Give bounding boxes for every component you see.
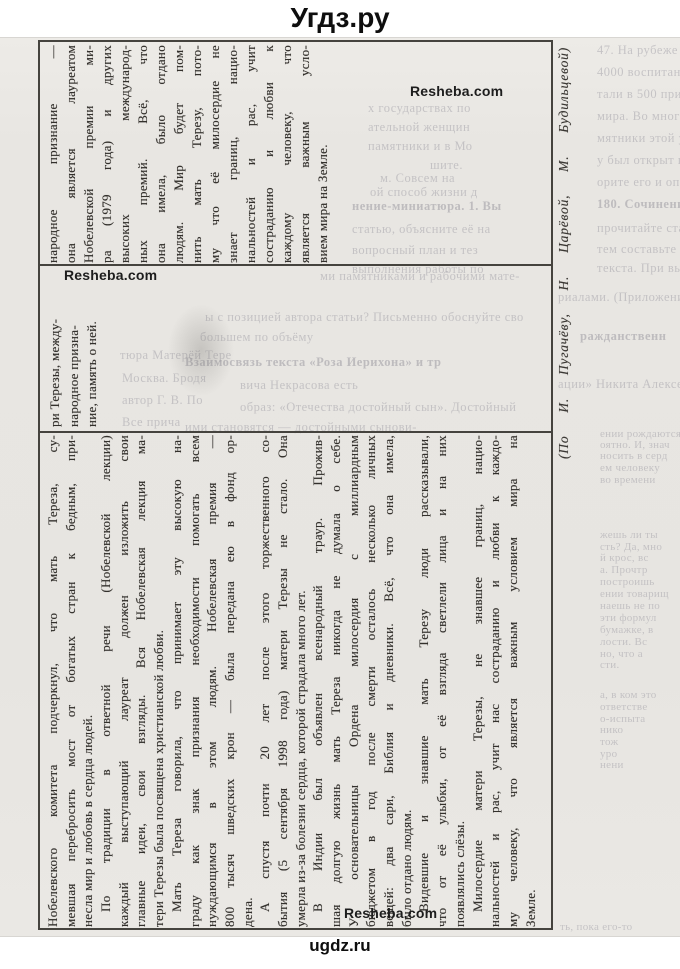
bleed-text-fragment: ответстве bbox=[600, 701, 648, 713]
bleed-text-fragment: ми памятниками и рабочими мате- bbox=[320, 269, 520, 284]
solution-line: умерла из-за болезни сердца, которой стр… bbox=[292, 435, 310, 927]
solution-line: вием мира на Земле. bbox=[314, 45, 332, 263]
solution-line: высоких международ- bbox=[116, 45, 134, 263]
bleed-text-fragment: бумажке, в bbox=[600, 624, 654, 636]
solution-line: В Индии был объявлен всенародный траур. … bbox=[309, 435, 327, 927]
solution-line: несла мир и любовь в сердца людей. bbox=[79, 435, 97, 927]
bleed-text-fragment: ть, пока его-то bbox=[560, 921, 632, 933]
bleed-text-fragment: 47. На рубеже XX—XXI в bbox=[597, 43, 680, 58]
solution-line: каждому человеку, что bbox=[278, 45, 296, 263]
solution-line: У основательницы Ордена милосердия с мил… bbox=[345, 435, 363, 927]
solution-line: дена. bbox=[239, 435, 257, 927]
bleed-text-fragment: наешь не по bbox=[600, 600, 660, 612]
bleed-text-fragment: мятники этой удивительн bbox=[597, 131, 680, 146]
bleed-text-fragment: мира. Во многих государ bbox=[597, 109, 680, 124]
bleed-text-fragment: нение-миниатюра. 1. Вы bbox=[352, 199, 502, 214]
solution-line: мевшая перебросить мост от богатых стран… bbox=[62, 435, 80, 927]
solution-line: нуждающимся в этом людям. Нобелевская пр… bbox=[203, 435, 221, 927]
attribution-line-wrapper: (По И. Пугачёву, Н. Царёвой, М. Будильце… bbox=[555, 47, 573, 459]
solution-line: му что её милосердие не bbox=[206, 45, 224, 263]
solution-line: людям. Мир будет пом- bbox=[170, 45, 188, 263]
solution-line: народное призна- bbox=[65, 299, 84, 427]
solution-line: Земле. bbox=[522, 435, 540, 927]
solution-line: Нобелевской премии ми- bbox=[80, 45, 98, 263]
solution-line: было отдано людям. bbox=[398, 435, 416, 927]
watermark-top: Resheba.com bbox=[410, 83, 503, 99]
bleed-text-fragment: ой способ жизни д bbox=[370, 185, 478, 200]
bleed-text-fragment: у был открыт памятник и bbox=[597, 153, 680, 168]
bleed-text-fragment: й крос, вс bbox=[600, 552, 649, 564]
solution-line: является важным усло- bbox=[296, 45, 314, 263]
solution-text-band2: ри Терезы, между-народное призна-ние, па… bbox=[46, 299, 102, 427]
bleed-text-fragment: тали в 500 приютах в 123 bbox=[597, 87, 680, 102]
solution-line: Видевшие и знавшие мать Терезу люди расс… bbox=[415, 435, 433, 927]
bleed-text-fragment: 180. Сочинение-ми bbox=[597, 197, 680, 212]
bleed-text-fragment: статью, объясните её на bbox=[352, 222, 491, 237]
bleed-text-fragment: тем составьте вопросн bbox=[597, 242, 680, 257]
solution-line: му человеку, что является важным условие… bbox=[504, 435, 522, 927]
solution-line: Милосердие матери Терезы, не знавшее гра… bbox=[469, 435, 487, 927]
page: Угдз.ру 47. На рубеже XX—XXI в4000 воспи… bbox=[0, 0, 680, 969]
bleed-text-fragment: лости. Вс bbox=[600, 636, 647, 648]
bleed-text-fragment: прочитайте статью, об bbox=[597, 221, 680, 236]
solution-line: граду как знак признания необходимости п… bbox=[186, 435, 204, 927]
frame-bottom-line bbox=[38, 928, 553, 930]
solution-line: появлялись слёзы. bbox=[451, 435, 469, 927]
solution-text-band3: Нобелевского комитета подчеркнул, что ма… bbox=[44, 435, 539, 927]
bleed-text-fragment: текста. При выполнен bbox=[597, 261, 680, 276]
frame-right-line bbox=[551, 40, 553, 929]
solution-line: нальностей и рас, учит нас состраданию и… bbox=[486, 435, 504, 927]
bleed-text-fragment: нени bbox=[600, 759, 624, 771]
solution-line: бюджетом в год после смерти осталось нес… bbox=[362, 435, 380, 927]
solution-line: По традиции в ответной речи (Нобелевской… bbox=[97, 435, 115, 927]
solution-line: состраданию и любви к bbox=[260, 45, 278, 263]
bleed-text-fragment: вопросный план и тез bbox=[352, 243, 478, 258]
solution-line: бытия (5 сентября 1998 года) матери Тере… bbox=[274, 435, 292, 927]
bleed-text-fragment: образ: «Отечества достойный сын». Достой… bbox=[240, 400, 516, 415]
solution-line: ра (1979 года) и других bbox=[98, 45, 116, 263]
bleed-text-fragment: 4000 воспитанниц орден bbox=[597, 65, 680, 80]
solution-line: главные идеи, свои взгляды. Вся Нобелевс… bbox=[132, 435, 150, 927]
bleed-text-fragment: м. Совсем на bbox=[380, 171, 455, 186]
site-header-title: Угдз.ру bbox=[0, 2, 680, 34]
bleed-text-fragment: ражданственн bbox=[580, 329, 666, 344]
watermark-bottom: Resheba.com bbox=[344, 905, 437, 921]
bleed-text-fragment: вича Некрасова есть bbox=[240, 378, 358, 393]
solution-line: Мать Тереза говорила, что принимает эту … bbox=[168, 435, 186, 927]
bleed-text-fragment: ации» Никита Алексеев bbox=[558, 377, 680, 392]
bleed-text-fragment: ем человеку bbox=[600, 462, 660, 474]
frame-separator-2 bbox=[38, 431, 553, 433]
solution-line: нальностей и рас, учит bbox=[242, 45, 260, 263]
solution-line: знает границ, нацио- bbox=[224, 45, 242, 263]
solution-line: нить мать Терезу, пото- bbox=[188, 45, 206, 263]
site-footer-title: ugdz.ru bbox=[0, 936, 680, 956]
solution-line: ных премий. Всё, что bbox=[134, 45, 152, 263]
solution-line: она является лауреатом bbox=[62, 45, 80, 263]
bleed-text-fragment: х государствах по bbox=[368, 101, 471, 116]
attribution-line: (По И. Пугачёву, Н. Царёвой, М. Будильце… bbox=[555, 47, 573, 459]
solution-line: она имела, было отдано bbox=[152, 45, 170, 263]
bleed-text-fragment: орите его и опишите. bbox=[597, 175, 680, 190]
solution-line: что от её улыбки, от её взгляда светлели… bbox=[433, 435, 451, 927]
bleed-text-fragment: риалами. (Приложение). bbox=[558, 290, 680, 305]
bleed-text-fragment: эти формул bbox=[600, 612, 657, 624]
bleed-text-fragment: тож bbox=[600, 736, 618, 748]
solution-line: каждый выступающий лауреат должен изложи… bbox=[115, 435, 133, 927]
frame-left-line bbox=[38, 40, 40, 929]
bleed-text-fragment: во времени bbox=[600, 474, 656, 486]
solution-line: А спустя почти 20 лет после этого торжес… bbox=[256, 435, 274, 927]
watermark-middle: Resheba.com bbox=[64, 267, 157, 283]
frame-top-line bbox=[38, 40, 553, 42]
bleed-text-fragment: построишь bbox=[600, 576, 655, 588]
bleed-text-fragment: ы с позицией автора статьи? Письменно об… bbox=[205, 310, 524, 325]
bleed-text-fragment: жешь ли ты bbox=[600, 529, 658, 541]
bleed-text-fragment: а, в ком это bbox=[600, 689, 657, 701]
solution-line: тери Терезы была посвящена христианской … bbox=[150, 435, 168, 927]
scanned-page-image: 47. На рубеже XX—XXI в4000 воспитанниц о… bbox=[0, 37, 680, 937]
bleed-text-fragment: нико bbox=[600, 724, 623, 736]
bleed-text-fragment: ении товарищ bbox=[600, 588, 669, 600]
bleed-text-fragment: а. Прочтр bbox=[600, 564, 648, 576]
solution-line: народное признание — bbox=[44, 45, 62, 263]
bleed-text-fragment: носить в серд bbox=[600, 450, 668, 462]
bleed-text-fragment: ательной женщин bbox=[368, 120, 470, 135]
solution-line: ние, память о ней. bbox=[83, 299, 102, 427]
solution-line: 800 тысяч шведских крон — была передана … bbox=[221, 435, 239, 927]
frame-separator-1 bbox=[38, 264, 553, 266]
bleed-text-fragment: сти. bbox=[600, 659, 620, 671]
solution-line: шая долгую жизнь мать Тереза никогда не … bbox=[327, 435, 345, 927]
bleed-text-fragment: памятники и в Мо bbox=[368, 139, 473, 154]
scan-smudge bbox=[168, 304, 234, 396]
solution-line: Нобелевского комитета подчеркнул, что ма… bbox=[44, 435, 62, 927]
solution-line: ри Терезы, между- bbox=[46, 299, 65, 427]
solution-line: вещей: два сари, Библия и дневники. Всё,… bbox=[380, 435, 398, 927]
bleed-text-fragment: Все прича bbox=[122, 415, 181, 430]
solution-text-band1: народное признание —она является лауреат… bbox=[44, 45, 332, 263]
